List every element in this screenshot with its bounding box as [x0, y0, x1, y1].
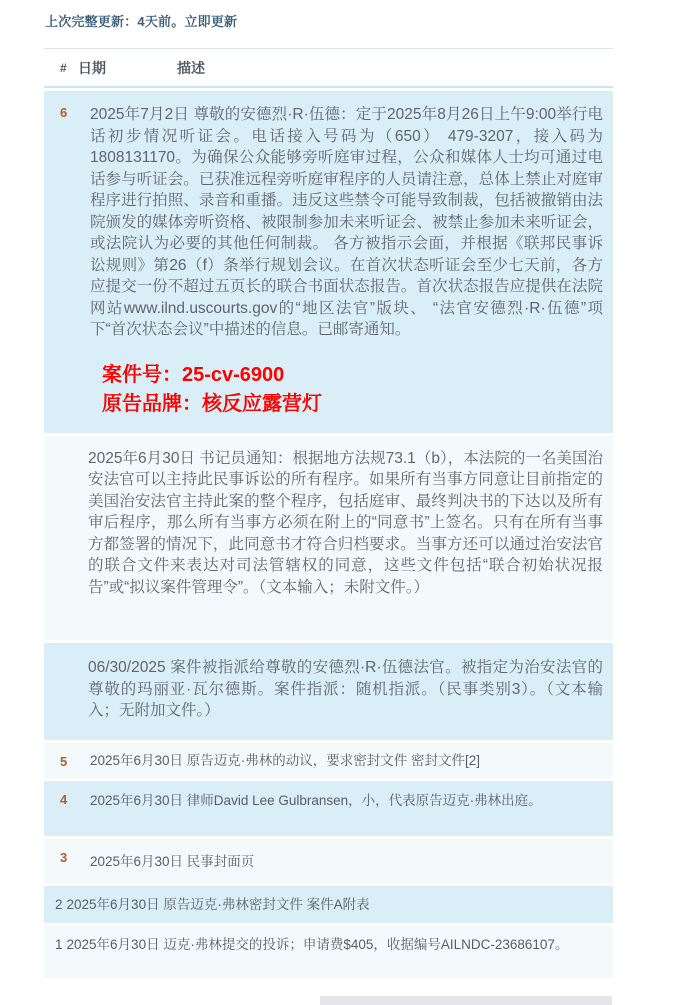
entry-number: 5: [60, 752, 67, 771]
docket-entry-clerk-notice: 2025年6月30日 书记员通知：根据地方法规73.1（b），本法院的一名美国治…: [44, 436, 613, 641]
entry-text: 2025年6月30日 律师David Lee Gulbransen，小，代表原告…: [90, 791, 605, 810]
entry-text: 2025年6月30日 原告迈克·弗林的动议，要求密封文件 密封文件[2]: [90, 751, 605, 770]
entry-number: 1: [55, 937, 63, 952]
next-row-partial: [320, 996, 612, 1005]
entry-text: 2025年6月30日 民事封面页: [90, 852, 605, 871]
docket-entry-assignment: 06/30/2025 案件被指派给尊敬的安德烈·R·伍德法官。被指定为治安法官的…: [44, 643, 613, 740]
docket-entry-6: 6 2025年7月2日 尊敬的安德烈·R·伍德：定于2025年8月26日上午9:…: [44, 91, 613, 433]
case-number-annotation: 案件号：25-cv-6900: [102, 361, 613, 390]
entry-text: 2025年7月2日 尊敬的安德烈·R·伍德：定于2025年8月26日上午9:00…: [90, 104, 603, 341]
entry-number: 6: [60, 105, 67, 120]
last-update-text: 上次完整更新：4天前。: [45, 14, 184, 29]
entry-text: 06/30/2025 案件被指派给尊敬的安德烈·R·伍德法官。被指定为治安法官的…: [88, 657, 603, 722]
docket-entry-4: 4 2025年6月30日 律师David Lee Gulbransen，小，代表…: [44, 781, 613, 836]
entry-number: 3: [60, 848, 67, 867]
docket-entry-5: 5 2025年6月30日 原告迈克·弗林的动议，要求密封文件 密封文件[2]: [44, 743, 613, 778]
entry-text-body: 2025年6月30日 原告迈克·弗林密封文件 案件A附表: [67, 897, 370, 912]
entry-text-body: 2025年6月30日 迈克·弗林提交的投诉；申请费$405，收据编号AILNDC…: [67, 937, 569, 952]
plaintiff-brand-annotation: 原告品牌：核反应露营灯: [102, 390, 613, 419]
case-annotation: 案件号：25-cv-6900 原告品牌：核反应露营灯: [102, 361, 613, 419]
header-description: 描述: [177, 58, 613, 78]
table-header-row: # 日期 描述: [44, 49, 613, 88]
header-date: 日期: [78, 58, 177, 78]
header-number: #: [60, 61, 78, 75]
docket-table: # 日期 描述 6 2025年7月2日 尊敬的安德烈·R·伍德：定于2025年8…: [44, 48, 613, 978]
entry-text: 2025年6月30日 书记员通知：根据地方法规73.1（b），本法院的一名美国治…: [88, 448, 603, 599]
docket-entry-2: 22025年6月30日 原告迈克·弗林密封文件 案件A附表: [44, 886, 613, 923]
entry-number: 2: [55, 897, 63, 912]
entry-number: 4: [60, 790, 67, 809]
docket-entry-1: 12025年6月30日 迈克·弗林提交的投诉；申请费$405，收据编号AILND…: [44, 926, 613, 978]
update-now-link[interactable]: 立即更新: [184, 14, 237, 29]
entry-text: 12025年6月30日 迈克·弗林提交的投诉；申请费$405，收据编号AILND…: [55, 935, 605, 954]
last-update-bar: 上次完整更新：4天前。立即更新: [45, 11, 237, 30]
entry-text: 22025年6月30日 原告迈克·弗林密封文件 案件A附表: [55, 895, 605, 914]
docket-entry-3: 3 2025年6月30日 民事封面页: [44, 839, 613, 883]
